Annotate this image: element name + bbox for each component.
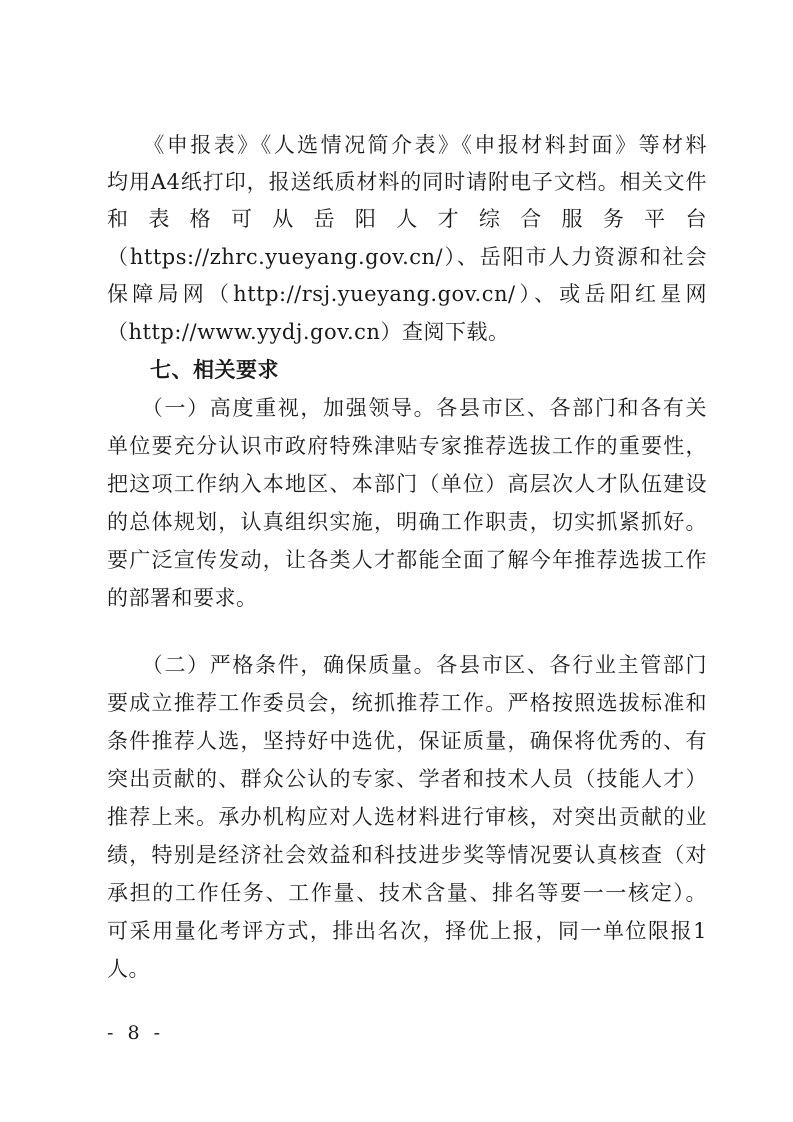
- paragraph-line: 推荐上来。承办机构应对人选材料进行审核，对突出贡献的业: [107, 803, 707, 831]
- paragraph-line: 的总体规划，认真组织实施，明确工作职责，切实抓紧抓好。: [107, 508, 707, 536]
- paragraph-line: 保障局网（http://rsj.yueyang.gov.cn/）、或岳阳红星网: [107, 280, 707, 308]
- paragraph-line: （一）高度重视，加强领导。各县市区、各部门和各有关: [107, 394, 707, 422]
- paragraph-line: （http://www.yydj.gov.cn）查阅下载。: [107, 318, 707, 346]
- paragraph-line: （https://zhrc.yueyang.gov.cn/）、岳阳市人力资源和社…: [107, 243, 707, 271]
- paragraph-line: 突出贡献的、群众公认的专家、学者和技术人员（技能人才）: [107, 765, 707, 793]
- paragraph-line: 和表格可从岳阳人才综合服务平台: [107, 205, 707, 233]
- paragraph-line: 的部署和要求。: [107, 584, 707, 612]
- paragraph-line: 要广泛宣传发动，让各类人才都能全面了解今年推荐选拔工作: [107, 546, 707, 574]
- paragraph-line: 条件推荐人选，坚持好中选优，保证质量，确保将优秀的、有: [107, 727, 707, 755]
- paragraph-line: 单位要充分认识市政府特殊津贴专家推荐选拔工作的重要性，: [107, 432, 707, 460]
- paragraph-line: 可采用量化考评方式，排出名次，择优上报，同一单位限报1: [107, 917, 707, 945]
- paragraph-line: 《申报表》《人选情况简介表》《申报材料封面》等材料: [107, 131, 707, 159]
- paragraph-line: 绩，特别是经济社会效益和科技进步奖等情况要认真核查（对: [107, 841, 707, 869]
- document-page: 《申报表》《人选情况简介表》《申报材料封面》等材料均用A4纸打印，报送纸质材料的…: [0, 0, 793, 1122]
- paragraph-line: 人。: [107, 955, 707, 983]
- page-number: - 8 -: [107, 1022, 164, 1044]
- paragraph-line: 承担的工作任务、工作量、技术含量、排名等要一一核定）。: [107, 879, 707, 907]
- paragraph-line: 均用A4纸打印，报送纸质材料的同时请附电子文档。相关文件: [107, 168, 707, 196]
- section-heading: 七、相关要求: [107, 356, 707, 384]
- paragraph-line: 要成立推荐工作委员会，统抓推荐工作。严格按照选拔标准和: [107, 689, 707, 717]
- paragraph-line: （二）严格条件，确保质量。各县市区、各行业主管部门: [107, 651, 707, 679]
- paragraph-line: 把这项工作纳入本地区、本部门（单位）高层次人才队伍建设: [107, 470, 707, 498]
